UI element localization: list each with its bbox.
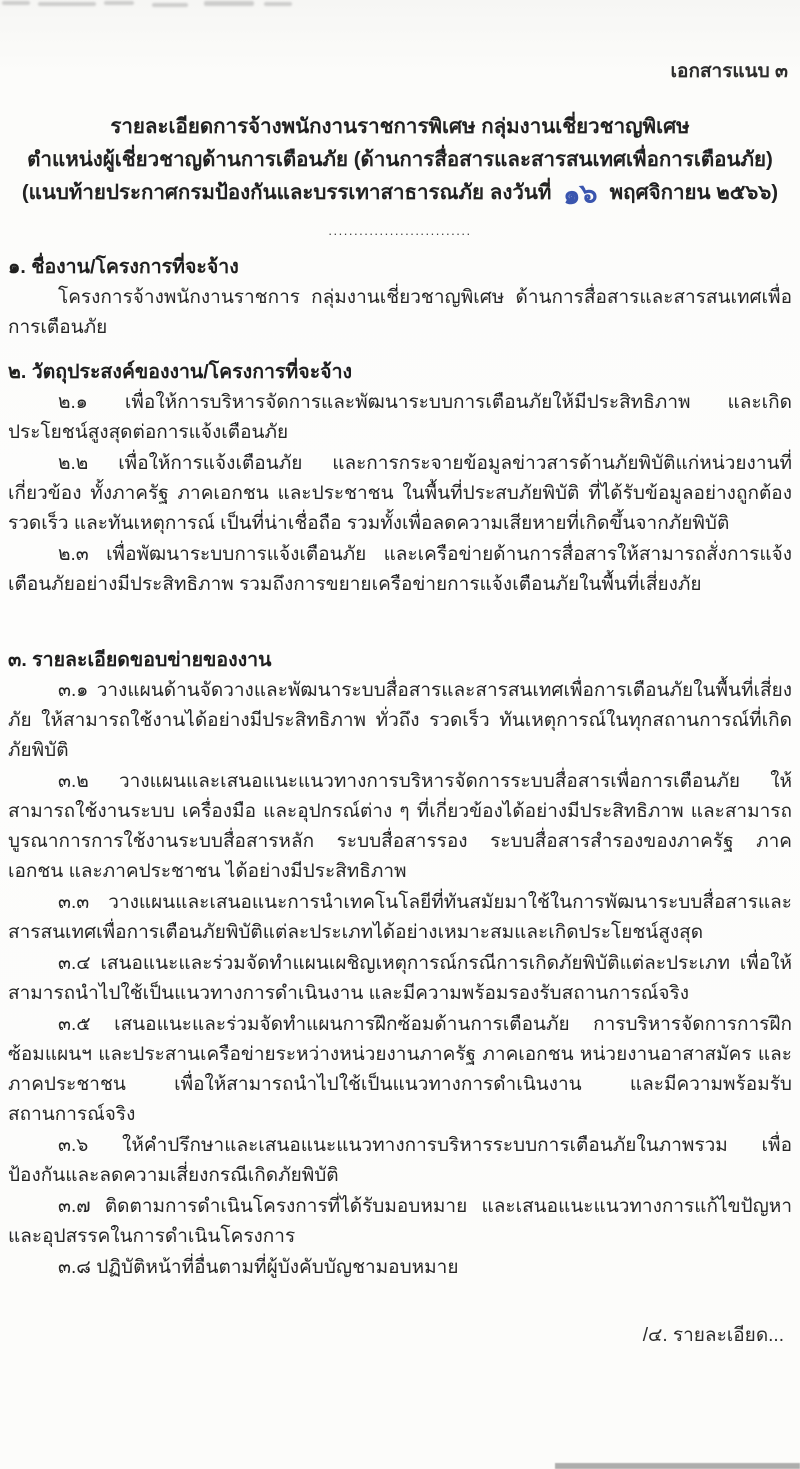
scan-artifact [2, 1, 30, 5]
section-heading: ๑. ชื่องาน/โครงการที่จะจ้าง [8, 252, 792, 282]
next-page-indicator: /๔. รายละเอียด... [643, 1320, 784, 1350]
paragraph: ๓.๕ เสนอแนะและร่วมจัดทำแผนการฝึกซ้อมด้าน… [8, 1010, 792, 1130]
title-line-2: ตำแหน่งผู้เชี่ยวชาญด้านการเตือนภัย (ด้าน… [8, 143, 792, 176]
paragraph: ๒.๑ เพื่อให้การบริหารจัดการและพัฒนาระบบก… [8, 388, 792, 448]
scan-artifact [38, 2, 96, 6]
scan-artifact [555, 1463, 800, 1469]
title-line-3-prefix: (แนบท้ายประกาศกรมป้องกันและบรรเทาสาธารณภ… [22, 181, 552, 204]
document-title: รายละเอียดการจ้างพนักงานราชการพิเศษ กลุ่… [8, 110, 792, 209]
title-line-3: (แนบท้ายประกาศกรมป้องกันและบรรเทาสาธารณภ… [8, 176, 792, 209]
paragraph: ๓.๓ วางแผนและเสนอแนะการนำเทคโนโลยีที่ทัน… [8, 888, 792, 948]
scan-artifact [264, 2, 292, 6]
title-line-1: รายละเอียดการจ้างพนักงานราชการพิเศษ กลุ่… [8, 110, 792, 143]
paragraph: ๓.๒ วางแผนและเสนอแนะแนวทางการบริหารจัดกา… [8, 767, 792, 887]
paragraph: ๒.๓ เพื่อพัฒนาระบบการแจ้งเตือนภัย และเคร… [8, 540, 792, 600]
dotted-divider: ............................ [8, 224, 792, 238]
paragraph: ๓.๘ ปฏิบัติหน้าที่อื่นตามที่ผู้บังคับบัญ… [8, 1253, 792, 1283]
paragraph: ๓.๑ วางแผนด้านจัดวางและพัฒนาระบบสื่อสารแ… [8, 676, 792, 766]
scan-artifact [104, 1, 134, 5]
paragraph: ๓.๖ ให้คำปรึกษาและเสนอแนะแนวทางการบริหาร… [8, 1131, 792, 1191]
section-heading: ๒. วัตถุประสงค์ของงาน/โครงการที่จะจ้าง [8, 357, 792, 387]
scan-artifact [152, 3, 188, 7]
scan-artifact [204, 1, 254, 6]
paragraph: โครงการจ้างพนักงานราชการ กลุ่มงานเชี่ยวช… [8, 283, 792, 343]
paragraph: ๓.๗ ติดตามการดำเนินโครงการที่ได้รับมอบหม… [8, 1192, 792, 1252]
document-content: รายละเอียดการจ้างพนักงานราชการพิเศษ กลุ่… [8, 110, 792, 1283]
document-sections: ๑. ชื่องาน/โครงการที่จะจ้างโครงการจ้างพน… [8, 252, 792, 1283]
attachment-number-label: เอกสารแนบ ๓ [671, 56, 788, 86]
handwritten-date: ๑๖ [562, 180, 598, 209]
title-line-3-suffix: พฤศจิกายน ๒๕๖๖) [610, 181, 778, 204]
paragraph: ๒.๒ เพื่อให้การแจ้งเตือนภัย และการกระจาย… [8, 449, 792, 539]
scanned-document-page: เอกสารแนบ ๓ รายละเอียดการจ้างพนักงานราชก… [0, 0, 800, 1469]
section-heading: ๓. รายละเอียดขอบข่ายของงาน [8, 645, 792, 675]
paragraph: ๓.๔ เสนอแนะและร่วมจัดทำแผนเผชิญเหตุการณ์… [8, 949, 792, 1009]
